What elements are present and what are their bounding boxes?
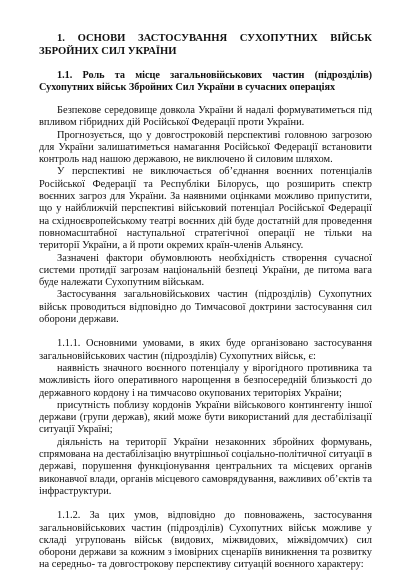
document-page: 1. ОСНОВИ ЗАСТОСУВАННЯ СУХОПУТНИХ ВІЙСЬК… (39, 33, 372, 572)
list-item: присутність поблизу кордонів України вій… (39, 400, 372, 437)
clause-1-1-2: 1.1.2. За цих умов, відповідно до повнов… (39, 510, 372, 571)
clause-1-1-1: 1.1.1. Основними умовами, в яких буде ор… (39, 338, 372, 363)
paragraph: Прогнозується, що у довгостроковій персп… (39, 130, 372, 167)
paragraph: Безпекове середовище довкола України й н… (39, 105, 372, 130)
paragraph: Зазначені фактори обумовлюють необхідніс… (39, 253, 372, 290)
section-title: 1. ОСНОВИ ЗАСТОСУВАННЯ СУХОПУТНИХ ВІЙСЬК… (39, 33, 372, 58)
list-item: наявність значного воєнного потенціалу у… (39, 363, 372, 400)
spacer (39, 326, 372, 338)
spacer (39, 498, 372, 510)
paragraph: Застосування загальновійськових частин (… (39, 289, 372, 326)
subsection-title: 1.1. Роль та місце загальновійськових ча… (39, 70, 372, 94)
list-item: діяльність на території України незаконн… (39, 437, 372, 498)
paragraph: У перспективі не виключається об’єднання… (39, 166, 372, 252)
